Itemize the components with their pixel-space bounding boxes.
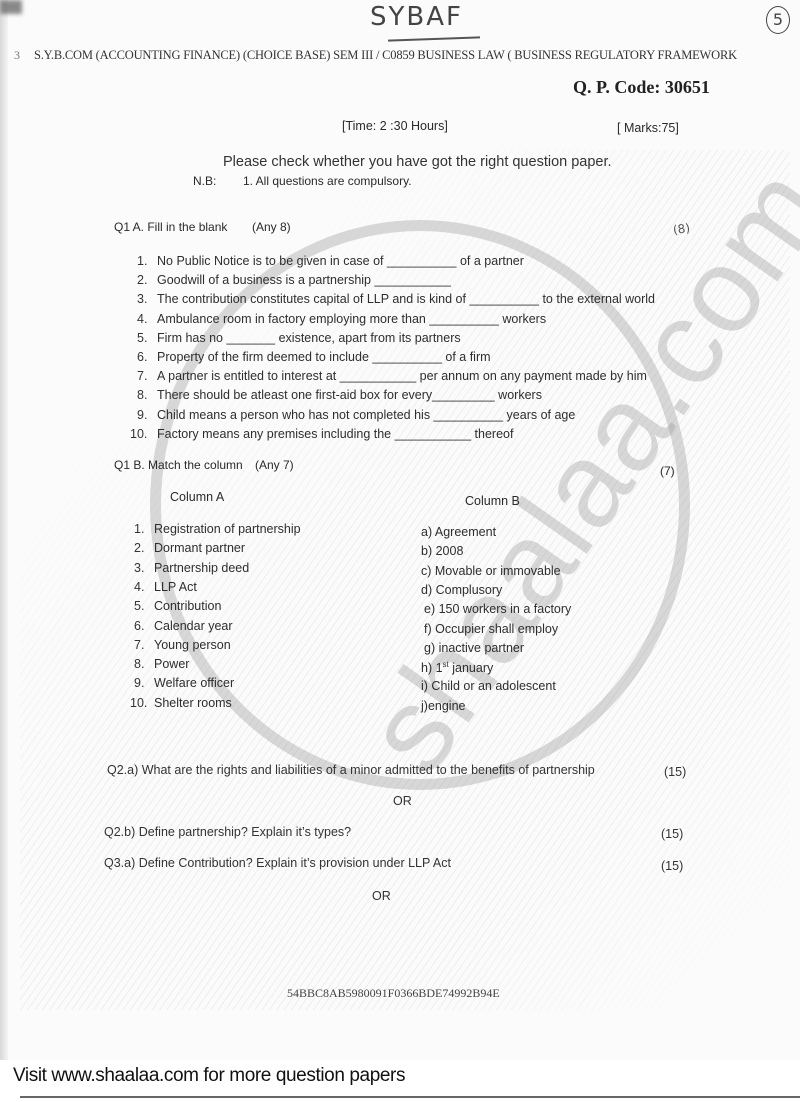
exam-marks: [ Marks:75] [617, 121, 679, 135]
nb-label: N.B: [193, 174, 216, 188]
question-paper-code: Q. P. Code: 30651 [573, 77, 710, 98]
column-a-item: Young person [154, 638, 231, 652]
exam-time: [Time: 2 :30 Hours] [342, 119, 448, 133]
question-q3a-marks: (15) [661, 859, 683, 873]
column-a-number: 6. [134, 619, 144, 633]
blank-item-text: Goodwill of a business is a partnership … [157, 273, 451, 287]
q1a-instruction: (Any 8) [252, 220, 291, 234]
question-q2b: Q2.b) Define partnership? Explain it’s t… [104, 825, 351, 839]
footer-visit-link[interactable]: Visit www.shaalaa.com for more question … [13, 1065, 405, 1087]
blank-item-number: 6. [137, 350, 147, 364]
column-a-number: 10. [130, 696, 147, 710]
scan-corner-mark [0, 0, 22, 14]
column-a-header: Column A [170, 490, 224, 504]
blank-item-text: No Public Notice is to be given in case … [157, 254, 524, 268]
blank-item-number: 1. [137, 254, 147, 268]
column-a-number: 1. [134, 522, 144, 536]
q1b-instruction: (Any 7) [255, 458, 294, 472]
column-a-item: Calendar year [154, 619, 233, 633]
column-a-number: 3. [134, 561, 144, 575]
blank-item-number: 4. [137, 312, 147, 326]
column-a-number: 9. [134, 676, 144, 690]
question-q2a-marks: (15) [664, 765, 686, 779]
blank-item-number: 10. [130, 427, 147, 441]
page-marker: 3 [14, 48, 20, 63]
nb-item: 1. All questions are compulsory. [243, 174, 412, 188]
question-q2b-marks: (15) [661, 827, 683, 841]
column-b-item: e) 150 workers in a factory [424, 602, 571, 616]
or-separator-1: OR [393, 794, 412, 808]
blank-item-text: Child means a person who has not complet… [157, 408, 575, 422]
course-title: S.Y.B.COM (ACCOUNTING FINANCE) (CHOICE B… [34, 48, 737, 63]
check-notice: Please check whether you have got the ri… [223, 154, 612, 170]
circled-page-number: 5 [766, 6, 790, 34]
blank-item-number: 5. [137, 331, 147, 345]
question-q3a: Q3.a) Define Contribution? Explain it’s … [104, 856, 451, 870]
column-b-item: a) Agreement [421, 525, 496, 539]
column-a-number: 8. [134, 657, 144, 671]
blank-item-text: Firm has no _______ existence, apart fro… [157, 331, 461, 345]
column-b-item: h) 1st january [421, 660, 493, 675]
column-b-item: i) Child or an adolescent [421, 679, 556, 693]
blank-item-text: A partner is entitled to interest at ___… [157, 369, 647, 383]
q1a-handwritten-marks: (8) [672, 221, 691, 237]
column-a-item: Welfare officer [154, 676, 234, 690]
q1b-title: Q1 B. Match the column [114, 458, 243, 472]
paper-hash-code: 54BBC8AB5980091F0366BDE74992B94E [287, 986, 500, 1001]
column-b-item: b) 2008 [421, 544, 463, 558]
column-b-item: d) Complusory [421, 583, 502, 597]
column-b-item: j)engine [421, 699, 465, 713]
blank-item-text: There should be atleast one first-aid bo… [157, 388, 542, 402]
column-a-item: Dormant partner [154, 541, 245, 555]
blank-item-number: 7. [137, 369, 147, 383]
handwritten-class-label: SYBAF [370, 2, 463, 32]
q1a-title: Q1 A. Fill in the blank [114, 220, 227, 234]
handwritten-underline [388, 36, 480, 41]
column-a-item: Shelter rooms [154, 696, 232, 710]
question-q2a: Q2.a) What are the rights and liabilitie… [107, 763, 595, 777]
blank-item-number: 2. [137, 273, 147, 287]
column-a-item: Contribution [154, 599, 221, 613]
column-a-item: Registration of partnership [154, 522, 301, 536]
column-a-number: 4. [134, 580, 144, 594]
or-separator-2: OR [372, 889, 391, 903]
blank-item-text: Ambulance room in factory employing more… [157, 312, 546, 326]
column-a-item: LLP Act [154, 580, 197, 594]
column-a-item: Partnership deed [154, 561, 249, 575]
blank-item-text: The contribution constitutes capital of … [157, 292, 655, 306]
column-a-number: 7. [134, 638, 144, 652]
footer-divider [20, 1096, 800, 1098]
blank-item-number: 9. [137, 408, 147, 422]
blank-item-text: Property of the firm deemed to include _… [157, 350, 491, 364]
scan-edge [0, 0, 8, 1060]
column-a-item: Power [154, 657, 189, 671]
blank-item-number: 8. [137, 388, 147, 402]
column-a-number: 2. [134, 541, 144, 555]
q1b-marks: (7) [660, 464, 675, 478]
column-b-header: Column B [465, 494, 520, 508]
blank-item-text: Factory means any premises including the… [157, 427, 513, 441]
column-b-item: c) Movable or immovable [421, 564, 561, 578]
column-a-number: 5. [134, 599, 144, 613]
column-b-item: f) Occupier shall employ [424, 622, 558, 636]
column-b-item: g) inactive partner [424, 641, 524, 655]
scanned-question-paper: shaalaa.com SYBAF 5 3 S.Y.B.COM (ACCOUNT… [0, 0, 800, 1060]
blank-item-number: 3. [137, 292, 147, 306]
